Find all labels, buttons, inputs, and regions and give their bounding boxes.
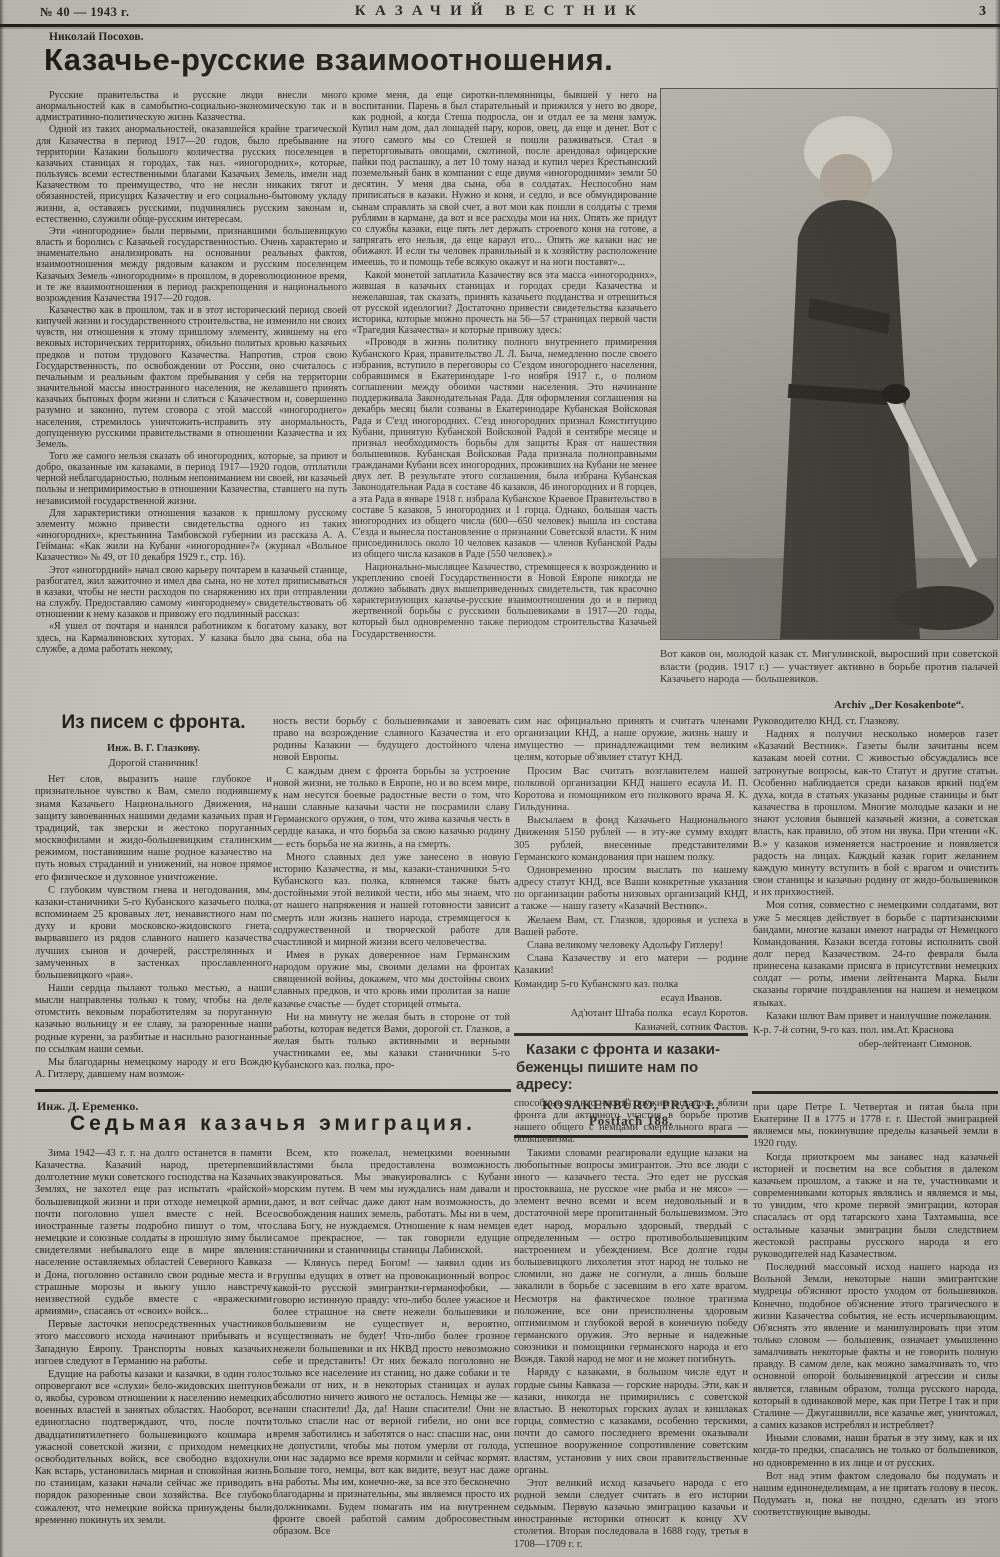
article1-column-2: кроме меня, да еще сиротки-племянницы, б… bbox=[352, 90, 657, 702]
page-number: 3 bbox=[979, 4, 986, 20]
article2-column-4: при царе Петре I. Четвертая и пятая была… bbox=[753, 1102, 998, 1552]
article2-column-3: способные из нас носить оружие, осталось… bbox=[514, 1098, 748, 1548]
photo-caption: Вот каков он, молодой казак ст. Мигулинс… bbox=[660, 648, 998, 686]
scan-edge-left bbox=[0, 0, 4, 1557]
section-divider bbox=[35, 1089, 511, 1092]
header-rule bbox=[0, 24, 1000, 27]
photo-cossack-image bbox=[660, 88, 998, 640]
article2-column-1: Зима 1942—43 г. г. на долго останется в … bbox=[35, 1148, 272, 1530]
letters-column-2: ность вести борьбу с большевиками и заво… bbox=[273, 716, 510, 1082]
letters-column-3: сим нас официально принять и считать чле… bbox=[514, 716, 748, 1031]
article2-headline: Седьмая казачья эмиграция. bbox=[35, 1112, 511, 1136]
article2-column-2: Всем, кто пожелал, немецкими военными вл… bbox=[273, 1148, 510, 1548]
masthead: КАЗАЧИЙ ВЕСТНИК bbox=[0, 3, 1000, 20]
newspaper-page: № 40 — 1943 г. КАЗАЧИЙ ВЕСТНИК 3 Николай… bbox=[0, 0, 1000, 1557]
letters-column-4: Руководителю КНД. ст. Глазкову.Наднях я … bbox=[753, 716, 998, 1082]
article1-headline: Казачье-русские взаимоотношения. bbox=[44, 42, 644, 78]
photo-cossack bbox=[660, 88, 998, 640]
letters-column-1: Инж. В. Г. Глазкову.Дорогой станичник!Не… bbox=[35, 742, 272, 1089]
photo-credit: Archiv „Der Kosakenbote“. bbox=[660, 699, 998, 711]
address-notice-text: Казаки с фронта и казаки-беженцы пишите … bbox=[516, 1041, 746, 1094]
article1-column-1: Русские правительства и русские люди вне… bbox=[36, 90, 347, 702]
section-divider-right bbox=[752, 1091, 998, 1094]
letters-section-headline: Из писем с фронта. bbox=[35, 712, 272, 734]
